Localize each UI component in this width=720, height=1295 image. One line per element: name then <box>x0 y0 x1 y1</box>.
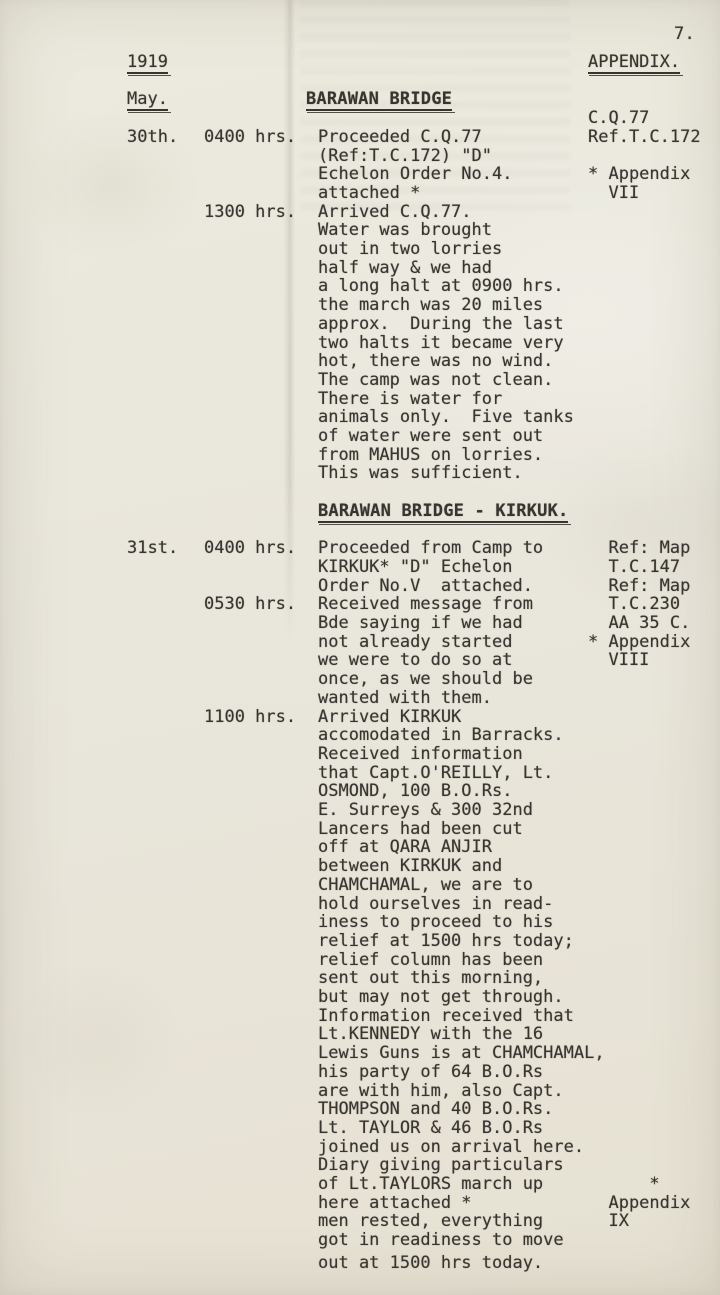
entry-text: that Capt.O'REILLY, Lt. <box>318 764 553 783</box>
diary-row: E. Surreys & 300 32nd <box>0 801 720 820</box>
diary-row: his party of 64 B.O.Rs <box>0 1063 720 1082</box>
diary-row: we were to do so at VIII <box>0 651 720 670</box>
margin-note: * Appendix <box>588 633 690 652</box>
entry-text: out at 1500 hrs today. <box>318 1254 543 1273</box>
diary-row: Lancers had been cut <box>0 820 720 839</box>
entry-text: Arrived C.Q.77. <box>318 203 472 222</box>
margin-note: * <box>588 1175 660 1194</box>
diary-row: out at 1500 hrs today. <box>0 1254 720 1273</box>
time-label: 0400 hrs. <box>204 128 296 147</box>
entry-text: Information received that <box>318 1007 574 1026</box>
margin-note: Ref: Map <box>588 577 690 596</box>
entry-text: attached * <box>318 184 420 203</box>
diary-row: that Capt.O'REILLY, Lt. <box>0 764 720 783</box>
entry-text: This was sufficient. <box>318 464 523 483</box>
diary-row: accomodated in Barracks. <box>0 726 720 745</box>
diary-row: Lt.KENNEDY with the 16 <box>0 1025 720 1044</box>
diary-row: The camp was not clean. <box>0 371 720 390</box>
diary-row: 1100 hrs.Arrived KIRKUK <box>0 708 720 727</box>
diary-row: OSMOND, 100 B.O.Rs. <box>0 782 720 801</box>
diary-row: the march was 20 miles <box>0 296 720 315</box>
diary-rows: 1919APPENDIX.May.BARAWAN BRIDGEC.Q.7730t… <box>0 0 720 1295</box>
diary-row: Echelon Order No.4.* Appendix <box>0 165 720 184</box>
entry-text: Proceeded from Camp to <box>318 539 543 558</box>
entry-text: Lewis Guns is at CHAMCHAMAL, <box>318 1044 605 1063</box>
diary-row: Water was brought <box>0 221 720 240</box>
entry-text: Received message from <box>318 595 533 614</box>
margin-note: Ref.T.C.172 <box>588 128 701 147</box>
entry-text: between KIRKUK and <box>318 857 502 876</box>
diary-row: hold ourselves in read- <box>0 895 720 914</box>
diary-row: 1300 hrs.Arrived C.Q.77. <box>0 203 720 222</box>
diary-row: once, as we should be <box>0 670 720 689</box>
diary-row: relief at 1500 hrs today; <box>0 932 720 951</box>
diary-row: two halts it became very <box>0 334 720 353</box>
entry-text: The camp was not clean. <box>318 371 553 390</box>
date-label: 30th. <box>127 128 178 147</box>
diary-row: out in two lorries <box>0 240 720 259</box>
entry-text: joined us on arrival here. <box>318 1138 584 1157</box>
entry-text: THOMPSON and 40 B.O.Rs. <box>318 1100 553 1119</box>
entry-text: once, as we should be <box>318 670 533 689</box>
entry-text: half way & we had <box>318 259 492 278</box>
diary-row: men rested, everything IX <box>0 1212 720 1231</box>
entry-text: animals only. Five tanks <box>318 408 574 427</box>
diary-row: animals only. Five tanks <box>0 408 720 427</box>
entry-text: but may not get through. <box>318 988 564 1007</box>
diary-row: attached * VII <box>0 184 720 203</box>
entry-text: wanted with them. <box>318 689 492 708</box>
date-label: 31st. <box>127 539 178 558</box>
entry-text: men rested, everything <box>318 1212 543 1231</box>
margin-note: VIII <box>588 651 649 670</box>
diary-row: got in readiness to move <box>0 1231 720 1250</box>
margin-note: * Appendix <box>588 165 690 184</box>
entry-text: not already started <box>318 633 512 652</box>
diary-row: of water were sent out <box>0 427 720 446</box>
diary-row: C.Q.77 <box>0 109 720 128</box>
time-label: 0530 hrs. <box>204 595 296 614</box>
entry-text: CHAMCHAMAL, we are to <box>318 876 533 895</box>
entry-text: Water was brought <box>318 221 492 240</box>
entry-text: sent out this morning, <box>318 969 543 988</box>
entry-text: from MAHUS on lorries. <box>318 446 543 465</box>
entry-text: iness to proceed to his <box>318 913 553 932</box>
diary-row: THOMPSON and 40 B.O.Rs. <box>0 1100 720 1119</box>
margin-note: T.C.230 <box>588 595 680 614</box>
diary-row: This was sufficient. <box>0 464 720 483</box>
entry-text: here attached * <box>318 1194 472 1213</box>
diary-row: Order No.V attached. Ref: Map <box>0 577 720 596</box>
diary-row: joined us on arrival here. <box>0 1138 720 1157</box>
entry-text: hot, there was no wind. <box>318 352 553 371</box>
diary-row <box>0 483 720 502</box>
diary-row: Lt. TAYLOR & 46 B.O.Rs <box>0 1119 720 1138</box>
entry-text: Lt. TAYLOR & 46 B.O.Rs <box>318 1119 543 1138</box>
diary-row: There is water for <box>0 390 720 409</box>
entry-text: accomodated in Barracks. <box>318 726 564 745</box>
margin-note: Appendix <box>588 1194 690 1213</box>
entry-text: E. Surreys & 300 32nd <box>318 801 533 820</box>
entry-text: (Ref:T.C.172) "D" <box>318 147 492 166</box>
diary-row: BARAWAN BRIDGE - KIRKUK. <box>0 502 720 521</box>
diary-row: sent out this morning, <box>0 969 720 988</box>
entry-text: Lancers had been cut <box>318 820 523 839</box>
entry-text: of Lt.TAYLORS march up <box>318 1175 543 1194</box>
diary-row: KIRKUK* "D" Echelon T.C.147 <box>0 558 720 577</box>
diary-row: CHAMCHAMAL, we are to <box>0 876 720 895</box>
time-label: 0400 hrs. <box>204 539 296 558</box>
diary-row: hot, there was no wind. <box>0 352 720 371</box>
entry-text: off at QARA ANJIR <box>318 838 492 857</box>
document-page: 7. 1919APPENDIX.May.BARAWAN BRIDGEC.Q.77… <box>0 0 720 1295</box>
diary-row: 30th.0400 hrs.Proceeded C.Q.77Ref.T.C.17… <box>0 128 720 147</box>
entry-text: two halts it became very <box>318 334 564 353</box>
diary-row: a long halt at 0900 hrs. <box>0 277 720 296</box>
diary-row: approx. During the last <box>0 315 720 334</box>
entry-text: approx. During the last <box>318 315 564 334</box>
entry-text: we were to do so at <box>318 651 512 670</box>
entry-text: a long halt at 0900 hrs. <box>318 277 564 296</box>
margin-note: AA 35 C. <box>588 614 690 633</box>
entry-text: Proceeded C.Q.77 <box>318 128 482 147</box>
diary-row: (Ref:T.C.172) "D" <box>0 147 720 166</box>
diary-row <box>0 72 720 91</box>
diary-row: of Lt.TAYLORS march up * <box>0 1175 720 1194</box>
entry-text: out in two lorries <box>318 240 502 259</box>
time-label: 1300 hrs. <box>204 203 296 222</box>
entry-text: Order No.V attached. <box>318 577 533 596</box>
time-label: 1100 hrs. <box>204 708 296 727</box>
margin-note: C.Q.77 <box>588 109 649 128</box>
diary-row: 31st.0400 hrs.Proceeded from Camp to Ref… <box>0 539 720 558</box>
entry-text: Received information <box>318 745 523 764</box>
diary-row: but may not get through. <box>0 988 720 1007</box>
entry-text: relief at 1500 hrs today; <box>318 932 574 951</box>
entry-text: are with him, also Capt. <box>318 1082 564 1101</box>
diary-row: not already started* Appendix <box>0 633 720 652</box>
entry-text: hold ourselves in read- <box>318 895 553 914</box>
margin-note: Ref: Map <box>588 539 690 558</box>
entry-text: There is water for <box>318 390 502 409</box>
diary-row: here attached * Appendix <box>0 1194 720 1213</box>
margin-note: T.C.147 <box>588 558 680 577</box>
diary-row: 1919APPENDIX. <box>0 53 720 72</box>
entry-text: Bde saying if we had <box>318 614 523 633</box>
entry-text: his party of 64 B.O.Rs <box>318 1063 543 1082</box>
entry-text: Echelon Order No.4. <box>318 165 512 184</box>
entry-text: Lt.KENNEDY with the 16 <box>318 1025 543 1044</box>
diary-row: iness to proceed to his <box>0 913 720 932</box>
entry-text: Diary giving particulars <box>318 1156 564 1175</box>
entry-text: of water were sent out <box>318 427 543 446</box>
diary-row: Diary giving particulars <box>0 1156 720 1175</box>
entry-text: got in readiness to move <box>318 1231 564 1250</box>
diary-row: Bde saying if we had AA 35 C. <box>0 614 720 633</box>
entry-text: relief column has been <box>318 951 543 970</box>
diary-row: Received information <box>0 745 720 764</box>
entry-text: KIRKUK* "D" Echelon <box>318 558 512 577</box>
diary-row: off at QARA ANJIR <box>0 838 720 857</box>
diary-row: half way & we had <box>0 259 720 278</box>
margin-note: VII <box>588 184 639 203</box>
diary-row: Lewis Guns is at CHAMCHAMAL, <box>0 1044 720 1063</box>
diary-row: between KIRKUK and <box>0 857 720 876</box>
diary-row: Information received that <box>0 1007 720 1026</box>
entry-text: OSMOND, 100 B.O.Rs. <box>318 782 512 801</box>
diary-row: May.BARAWAN BRIDGE <box>0 90 720 109</box>
diary-row: wanted with them. <box>0 689 720 708</box>
diary-row: relief column has been <box>0 951 720 970</box>
margin-note: IX <box>588 1212 629 1231</box>
entry-text: the march was 20 miles <box>318 296 543 315</box>
entry-text: Arrived KIRKUK <box>318 708 461 727</box>
diary-row: are with him, also Capt. <box>0 1082 720 1101</box>
diary-row <box>0 521 720 540</box>
diary-row: 0530 hrs.Received message from T.C.230 <box>0 595 720 614</box>
diary-row: from MAHUS on lorries. <box>0 446 720 465</box>
